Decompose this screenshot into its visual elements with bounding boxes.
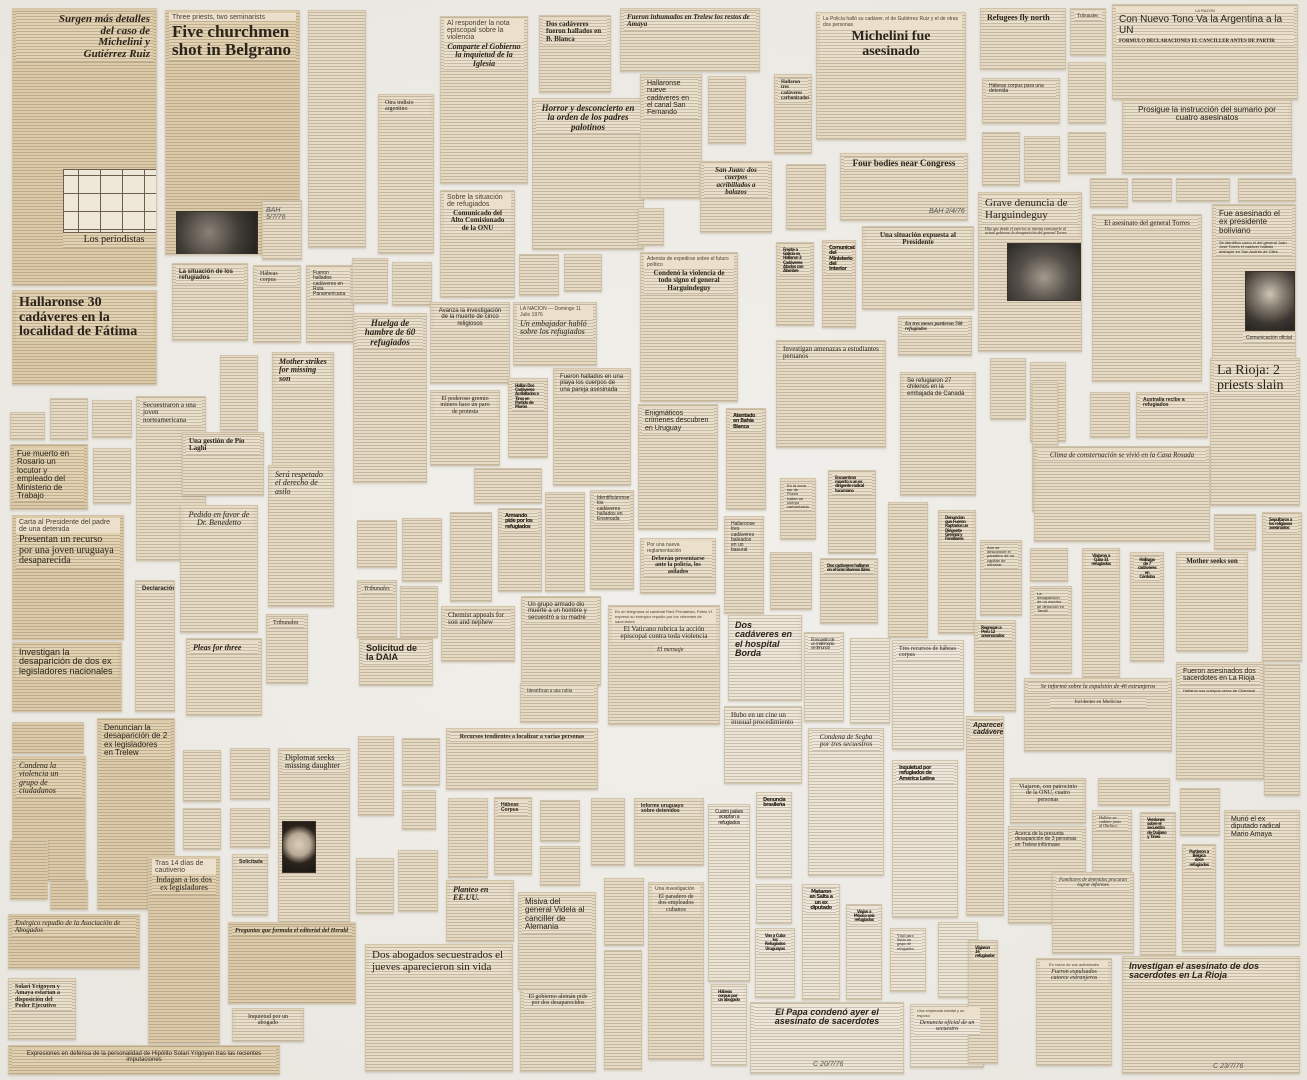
clipping-small <box>92 400 132 438</box>
headline: Viajaron 16 refugiados <box>972 944 994 961</box>
clipping-cuba-31: Viajaron a Cuba 31 refugiados <box>1082 548 1120 678</box>
clipping-small <box>50 398 88 440</box>
clipping-small <box>756 884 792 924</box>
headline: Partieron a Bélgica doce refugiados <box>1186 848 1212 869</box>
clipping-small <box>982 132 1020 186</box>
headline: Hallóse un cadáver junto al Obelisco <box>1096 814 1128 831</box>
clipping-small <box>604 878 644 946</box>
clipping-small <box>708 76 746 144</box>
kicker: Tras 14 días de cautiverio <box>152 859 216 875</box>
headline: Investigan la desaparición de dos ex leg… <box>16 646 118 678</box>
headline: Denuncia brasileña <box>760 796 788 811</box>
headline: El paradero de dos empleados cubanos <box>652 892 700 915</box>
headline: Armando pide por los refugiados <box>502 512 538 532</box>
headline: Será respetado el derecho de asilo <box>272 469 330 498</box>
headline: Identifican a una rubia <box>524 687 594 696</box>
headline: Indagan a los dos ex legisladores <box>152 874 216 895</box>
clipping-aparecen-cadaveres: Aparecen cadáveres <box>966 716 1004 916</box>
clipping-herald-editorial: Preguntas que formula el editorial del H… <box>228 922 356 1004</box>
headline: Inquietud por un abogado <box>236 1012 300 1029</box>
clipping-small <box>1238 178 1296 202</box>
headline: Preguntas que formula el editorial del H… <box>232 926 352 936</box>
clipping-habeas-abogado: Hábeas corpus por un abogado <box>711 984 747 1066</box>
clipping-small <box>1132 178 1172 202</box>
clipping-michelini: La Policía halló su cadáver, el de Gutié… <box>816 12 966 140</box>
headline: Encuentran muerto a un ex dirigente radi… <box>832 474 872 495</box>
headline: El Papa condenó ayer el asesinato de sac… <box>754 1006 900 1029</box>
headline: Tres recursos de hábeas corpus <box>896 644 960 661</box>
headline: Una situación expuesta al Presidente <box>866 230 970 249</box>
headline: Hallaronse 30 cadáveres en la localidad … <box>16 294 153 342</box>
kicker: La Policía halló su cadáver, el de Gutié… <box>820 15 962 29</box>
clipping-tandil: La desaparición de un escritor se denunc… <box>1030 586 1072 674</box>
clipping-small <box>230 748 270 800</box>
clipping-small <box>357 520 397 568</box>
clipping-small <box>448 798 488 878</box>
clipping-chemist: Chemist appeals for son and nephew <box>441 606 515 662</box>
headline: Misiva del general Videla al canciller d… <box>522 896 592 934</box>
clipping-ruta-panamericana: Fueron hallados cadáveres en Ruta Paname… <box>306 265 354 343</box>
kicker: Sobre la situación de refugiados <box>444 193 511 209</box>
clipping-bblanca: Dos cadáveres fueron hallados en B. Blan… <box>539 15 611 93</box>
headline: Condena de Segba por tres secuestros <box>812 732 880 751</box>
headline: Cuatro países aceptan a refugiados <box>712 808 746 828</box>
headline: Michelini fue asesinado <box>820 28 962 61</box>
headline: Viajaron, con patrocinio de la ONU, cuat… <box>1014 782 1082 805</box>
clipping-huelga: Huelga de hambre de 60 refugiados <box>353 313 427 483</box>
headline: Prosigue la instrucción del sumario por … <box>1126 104 1288 125</box>
headline: Viajó para Suiza un grupo de refugiados <box>894 932 922 953</box>
clipping-tribunales-1: Tribunales <box>266 614 308 684</box>
clipping-cinco-religiosos: Avanza la investigación de la muerte de … <box>430 302 510 384</box>
clipping-general-torres: El asesinato del general Torres <box>1092 214 1202 382</box>
clipping-rosario: Fue muerto en Rosario un locutor y emple… <box>10 444 88 510</box>
headline: Hábeas corpus para una detenida <box>986 82 1056 97</box>
clipping-salta: Mataron en Salta a un ex diputado <box>802 884 840 1000</box>
clipping-small <box>358 736 394 816</box>
headline: Comunicado del Ministerio del Interior <box>826 244 852 274</box>
kicker: Además de expedirse sobre el futuro polí… <box>644 255 734 269</box>
clipping-four-bodies: Four bodies near Congress BAH 2/4/76 <box>840 153 968 221</box>
headline: Fueron asesinados dos sacerdotes en La R… <box>1180 666 1260 685</box>
clipping-small <box>474 468 542 504</box>
clipping-indagan: Tras 14 días de cautiverio Indagan a los… <box>148 856 220 1044</box>
clipping-small <box>10 840 48 900</box>
headline: El poderoso gremio minero hace un paro d… <box>434 394 496 417</box>
headline: Mother strikes for missing son <box>276 356 330 385</box>
clipping-small <box>402 790 436 830</box>
headline: Hallaron tres cadáveres carbonizados <box>778 78 808 103</box>
clipping-small <box>540 800 580 842</box>
headline: Fueron hallados en una playa los cuerpos… <box>557 372 627 395</box>
subhead: Se identificó como el del general Juan J… <box>1216 239 1292 256</box>
headline: Regresan a Perú 12 amenazados <box>978 624 1012 641</box>
clipping-small <box>183 750 221 802</box>
headline: Hábeas Corpus <box>498 801 528 816</box>
clipping-gremial: Denuncian que Fueron Raptados un Dirigen… <box>938 510 976 634</box>
clipping-small <box>545 492 585 592</box>
headline: Fue asesinado el ex presidente boliviano <box>1216 208 1292 237</box>
clipping-benedetto: Pedido en favor de Dr. Benedetto <box>180 505 258 633</box>
headline: Van a Cuba los Refugiados Uruguayos <box>759 932 791 953</box>
headline: Viajaron a Cuba 31 refugiados <box>1086 552 1116 569</box>
headline: Deberán presentarse ante la policía, los… <box>644 554 712 577</box>
clipping-ex-legisladores: Investigan la desaparición de dos ex leg… <box>12 642 122 712</box>
clipping-small <box>402 738 440 786</box>
headline: Tribunales <box>361 584 393 594</box>
headline: Enigmáticos crímenes descubren en Urugua… <box>642 408 714 434</box>
clipping-small <box>850 638 890 724</box>
headline: En la zona sur de Flores hallan un cuerp… <box>784 482 812 511</box>
headline: Con Nuevo Tono Va la Argentina a la UN <box>1116 13 1294 38</box>
headline: Presentan un recurso por una joven urugu… <box>16 533 120 569</box>
clipping-small <box>770 552 812 610</box>
headline: Hallan Dos Cadáveres Acribillados a Tiro… <box>512 382 544 411</box>
headline: Sepultaron a los religiosos asesinados <box>1266 516 1298 533</box>
clipping-grave-denuncia: Grave denuncia de Harguindeguy Dijo que … <box>978 192 1082 352</box>
clipping-palotinos: Horror y desconcierto en la orden de los… <box>532 98 644 250</box>
clipping-abogados-repudio: Enérgico repudio de la Asociación de Abo… <box>8 914 140 969</box>
headline: Chemist appeals for son and nephew <box>445 610 511 629</box>
kicker: En un telegrama al cardenal Raúl Primate… <box>612 608 716 625</box>
clipping-carbonizados: Hallaron tres cadáveres carbonizados <box>774 74 812 154</box>
clipping-expulsion-46: Se informó sobre la expulsión de 46 extr… <box>1024 678 1172 752</box>
clipping-habeas-corpus: Hábeas corpus <box>253 265 301 343</box>
clipping-asilo: Será respetado el derecho de asilo <box>268 465 334 607</box>
headline: El Vaticano rubrica la acción episcopal … <box>612 624 716 643</box>
clipping-sepultaron: Sepultaron a los religiosos asesinados <box>1262 512 1302 662</box>
kicker: LA NACION — Domingo 11 Julio 1976 <box>517 305 593 319</box>
headline: Dos cadáveres en el hospital Borda <box>732 619 798 661</box>
headline: Diplomat seeks missing daughter <box>282 752 346 773</box>
clipping-harguindeguy-violencia: Además de expedirse sobre el futuro polí… <box>640 252 738 402</box>
subhead: FORMULO DECLARACIONES EL CANCILLER ANTES… <box>1116 37 1294 46</box>
clipping-san-juan: San Juan: dos cuerpos acribillados a bal… <box>700 161 772 233</box>
headline: Fueron inhumados en Trelew los restos de… <box>624 12 756 31</box>
clipping-cuba-uruguayos: Van a Cuba los Refugiados Uruguayos <box>755 928 795 998</box>
headline: Fue muerto en Rosario un locutor y emple… <box>14 448 84 502</box>
headline: Investigan el asesinato de dos sacerdote… <box>1126 960 1296 983</box>
subhead: Hallaron sus cuerpos cerca de Chamical <box>1180 687 1260 695</box>
clipping-small <box>450 512 492 602</box>
headline: Solicitada <box>236 858 264 867</box>
headline: Fueron expulsados catorce extranjeros <box>1040 967 1108 984</box>
headline: Atentado en Bahía Blanca <box>730 412 762 432</box>
clipping-uruguayo-informe: Informe uruguayo sobre detenidos <box>634 798 704 866</box>
kicker: Al responder la nota episcopal sobre la … <box>444 19 524 42</box>
headline: San Juan: dos cuerpos acribillados a bal… <box>704 165 768 198</box>
clipping-mother-seeks-son: Mother seeks son <box>1176 552 1248 652</box>
clipping-peru-12: Regresan a Perú 12 amenazados <box>974 620 1016 712</box>
clipping-embajador: LA NACION — Domingo 11 Julio 1976 Un emb… <box>513 302 597 366</box>
clipping-small <box>220 355 258 431</box>
clipping-small <box>1068 62 1106 124</box>
clipping-moron: Hallan Dos Cadáveres Acribillados a Tiro… <box>508 378 548 458</box>
headline: Denuncia oficial de un secuestro <box>914 1018 980 1035</box>
clipping-small <box>1264 664 1300 796</box>
headline: Five churchmen shot in Belgrano <box>169 21 296 61</box>
headline: La Rioja: 2 priests slain <box>1214 362 1296 395</box>
clipping-varias-personas: Recursos tendientes a localizar a varias… <box>446 728 598 790</box>
clipping-armando: Armando pide por los refugiados <box>498 508 542 592</box>
headline: Un grupo armado dio muerte a un hombre y… <box>525 600 597 623</box>
headline: Investigan amenazas a estudiantes peruan… <box>780 344 882 363</box>
clipping-brasilena: Denuncia brasileña <box>756 792 792 878</box>
clipping-flores: En la zona sur de Flores hallan un cuerp… <box>780 478 816 540</box>
clipping-small <box>402 518 442 582</box>
headline: Un embajador habló sobre los refugiados <box>517 318 593 339</box>
clipping-pareja-playa: Fueron hallados en una playa los cuerpos… <box>553 368 631 486</box>
photo-torres-portrait <box>1245 271 1295 331</box>
clipping-small <box>400 586 438 638</box>
clipping-daia: Solicitud de la DAIA <box>359 638 433 686</box>
headline: Horror y desconcierto en la orden de los… <box>536 102 640 134</box>
clipping-papa: El Papa condenó ayer el asesinato de sac… <box>750 1002 904 1074</box>
clipping-small <box>12 722 84 754</box>
clipping-investigan-rioja: Investigan el asesinato de dos sacerdote… <box>1122 956 1300 1074</box>
clipping-small <box>1098 778 1170 806</box>
headline: Mataron en Salta a un ex diputado <box>806 888 836 913</box>
clipping-amaya-trelew: Fueron inhumados en Trelew los restos de… <box>620 8 760 72</box>
clipping-solicitada: Solicitada <box>232 854 268 916</box>
clipping-matrimonio: El secuestro de un matrimonio se denunci… <box>804 632 844 722</box>
clipping-fatima: Hallaronse 30 cadáveres en la localidad … <box>12 290 157 385</box>
clipping-small <box>1024 136 1060 182</box>
clipping-small <box>1180 788 1220 836</box>
subhead: Incidentes en Medicina <box>1050 698 1146 707</box>
clipping-small <box>230 808 270 848</box>
clipping-text <box>308 10 366 248</box>
clipping-planteo: Planteo en EE.UU. <box>446 880 514 942</box>
headline: Hallaronse nueve cadáveres en el canal S… <box>644 78 698 119</box>
clipping-768-refugiados: En tres meses partieron 768 refugiados <box>898 316 972 356</box>
clipping-small <box>50 880 88 910</box>
headline: Inquietud por refugiados de América Lati… <box>896 764 954 784</box>
headline: La desaparición de un escritor se denunc… <box>1034 590 1068 615</box>
headline: Versiones sobre el secuestro de Quijano … <box>1144 816 1172 841</box>
clipping-small <box>1090 178 1128 208</box>
kicker: Por una nueva reglamentación <box>644 541 712 555</box>
clipping-solari-amaya: Solari Yrigoyen y Amaya estarían a dispo… <box>8 978 76 1040</box>
clipping-pleas-for-three: Pleas for three <box>186 638 262 716</box>
headline: Acerca de la presunta desaparición de 3 … <box>1012 830 1082 850</box>
clipping-mexico: Viajan a México seis refugiados <box>846 904 882 1000</box>
clipping-tribunales-3: Tribunales <box>1070 8 1106 56</box>
clipping-habeas-corpus-2: Hábeas Corpus <box>494 797 532 875</box>
headline: Fueron hallados cadáveres en Ruta Paname… <box>310 269 350 299</box>
headline: El asesinato del general Torres <box>1096 218 1198 229</box>
headline: Frente a Galicia se Hallaron 3 Cadáveres… <box>780 246 810 275</box>
headline: Refugees fly north <box>984 12 1062 24</box>
clipping-tucumano: Encuentran muerto a un ex dirigente radi… <box>828 470 876 554</box>
clipping-segba: Condena de Segba por tres secuestros <box>808 728 884 876</box>
clipping-small <box>1030 548 1068 582</box>
clipping-videla-alemania: Misiva del general Videla al canciller d… <box>518 892 596 990</box>
clipping-casa-rosada: Clima de consternación se vivió en la Ca… <box>1034 446 1210 542</box>
clipping-basural: Hallaronse tres cadáveres baleados en un… <box>724 516 764 614</box>
collage-board: Surgen más detalles del caso de Michelin… <box>0 0 1307 1080</box>
clipping-small <box>888 502 928 638</box>
headline: Grave denuncia de Harguindeguy <box>982 196 1078 223</box>
clipping-presidente: Una situación expuesta al Presidente <box>862 226 974 310</box>
clipping-capitan: Aún se desconoce el paradero de un capit… <box>980 540 1022 616</box>
clipping-chilenos: Se refugiaron 27 chilenos en la embajada… <box>900 372 976 496</box>
clipping-enigmaticos: Enigmáticos crímenes descubren en Urugua… <box>638 404 718 530</box>
headline: Condenó la violencia de todo signo el ge… <box>644 268 734 294</box>
clipping-habeas-tres: Tres recursos de hábeas corpus <box>892 640 964 750</box>
clipping-inquietud-refugiados: Inquietud por refugiados de América Lati… <box>892 760 958 918</box>
caption: Comunicación oficial <box>1243 334 1295 343</box>
clipping-ensenada: Identificáronse los cadáveres hallados e… <box>590 490 634 590</box>
headline: Condena la violencia un grupo de ciudada… <box>16 760 82 798</box>
headline: Dos abogados secuestrados el jueves apar… <box>369 948 509 975</box>
clipping-small <box>564 254 602 292</box>
clipping-grupo-armado: Un grupo armado dio muerte a un hombre y… <box>521 596 601 686</box>
headline: Enérgico repudio de la Asociación de Abo… <box>12 918 136 937</box>
headline: Declaración <box>139 584 171 594</box>
clipping-small <box>1068 132 1106 174</box>
headline: Huelga de hambre de 60 refugiados <box>357 317 423 349</box>
clipping-pio-laghi: Una gestión de Pío Laghi <box>182 432 264 496</box>
clipping-rubia: Identifican a una rubia <box>520 683 598 723</box>
clipping-familiares: Familiares de detenidos procuran lograr … <box>1052 872 1134 954</box>
clipping-ministerio: Comunicado del Ministerio del Interior <box>822 240 856 328</box>
clipping-belgica: Partieron a Bélgica doce refugiados <box>1182 844 1216 952</box>
clipping-small <box>990 358 1026 420</box>
headline: Tribunales <box>1074 12 1102 21</box>
clipping-small <box>786 164 826 230</box>
clipping-la-rioja-priests: La Rioja: 2 priests slain <box>1210 358 1300 506</box>
clipping-habeas-detenida: Hábeas corpus para una detenida <box>982 78 1060 124</box>
photo-meeting <box>1007 243 1081 301</box>
headline: Otra indisio argentino <box>382 98 430 115</box>
clipping-iglesia: Al responder la nota episcopal sobre la … <box>440 16 528 184</box>
clipping-suiza: Viajó para Suiza un grupo de refugiados <box>890 928 926 992</box>
clipping-bahia-blanca: Atentado en Bahía Blanca <box>726 408 766 510</box>
headline: Dos cadáveres fueron hallados en B. Blan… <box>543 19 607 45</box>
clipping-obelisco: Hallóse un cadáver junto al Obelisco <box>1092 810 1132 872</box>
headline: Avanza la investigación de la muerte de … <box>434 306 506 329</box>
headline: Pleas for three <box>190 642 258 654</box>
headline: Pedido en favor de Dr. Benedetto <box>184 509 254 530</box>
clipping-michelini-details: Surgen más detalles del caso de Michelin… <box>12 8 157 286</box>
clipping-small <box>1176 178 1230 202</box>
headline: Mother seeks son <box>1180 556 1244 567</box>
headline: Informe uruguayo sobre detenidos <box>638 802 700 817</box>
clipping-five-churchmen: Three priests, two seminarists Five chur… <box>165 10 300 255</box>
headline: Aún se desconoce el paradero de un capit… <box>984 544 1018 569</box>
headline: Hábeas corpus por un abogado <box>715 988 743 1005</box>
clipping-small <box>519 254 559 296</box>
clipping-onu-comisionado: Sobre la situación de refugiados Comunic… <box>440 190 515 298</box>
clipping-inquietud-abogado: Inquietud por un abogado <box>232 1008 304 1042</box>
clipping-small <box>591 798 625 866</box>
clipping-tribunales-2: Tribunales <box>357 580 397 638</box>
clipping-san-fernando: Hallaronse nueve cadáveres en el canal S… <box>640 74 702 199</box>
clipping-torres-boliviano: Fue asesinado el ex presidente boliviano… <box>1212 204 1296 360</box>
clipping-quijano-tineo: Versiones sobre el secuestro de Quijano … <box>1140 812 1176 956</box>
subhead: Los periodistas <box>63 233 157 248</box>
clipping-small <box>604 950 642 1070</box>
headline: En tres meses partieron 768 refugiados <box>902 320 968 335</box>
clipping-small <box>93 448 131 504</box>
clipping-diplomat: Diplomat seeks missing daughter <box>278 748 350 923</box>
clipping-aleman-pide: El gobierno alemán pide por dos desapare… <box>520 988 596 1072</box>
clipping-small <box>1214 514 1256 550</box>
clipping-cordoba: Hallazgo de 7 cadáveres en Córdoba <box>1130 552 1164 662</box>
headline: Murió el ex diputado radical Mario Amaya <box>1228 814 1296 840</box>
clipping-refugees-fly-north: Refugees fly north <box>980 8 1066 70</box>
headline: Tribunales <box>270 618 304 628</box>
headline: La situación de los refugiados <box>176 267 244 284</box>
clipping-solari-defensa: Expresiones en defensa de la personalida… <box>8 1045 280 1075</box>
clipping-small <box>183 808 221 850</box>
headline: Solari Yrigoyen y Amaya estarían a dispo… <box>12 982 72 1011</box>
clipping-small <box>10 412 45 440</box>
clipping-otra-indisio: Otra indisio argentino <box>378 94 434 254</box>
headline: Surgen más detalles del caso de Michelin… <box>16 12 153 62</box>
headline: Four bodies near Congress <box>844 157 964 170</box>
clipping-catorce-extranjeros: En razón de sus actividades Fueron expul… <box>1036 958 1112 1066</box>
subhead: El mensaje <box>654 645 716 655</box>
clipping-small <box>398 850 438 912</box>
headline: El secuestro de un matrimonio se denunci… <box>808 636 840 653</box>
subhead: Dijo que desde el exterior se intenta en… <box>982 225 1078 237</box>
headline: Hubo en un cine un inusual procedimiento <box>728 710 798 729</box>
headline: Comparte el Gobierno la inquietud de la … <box>444 41 524 70</box>
clipping-small <box>392 262 432 306</box>
headline: Hallazgo de 7 cadáveres en Córdoba <box>1134 556 1160 581</box>
headline: Solicitud de la DAIA <box>363 642 429 665</box>
headline: Australia recibe a refugiados <box>1140 396 1204 411</box>
headline: Familiares de detenidos procuran lograr … <box>1056 876 1130 891</box>
clipping-cubanos: Una investigación El paradero de dos emp… <box>648 882 704 1060</box>
clipping-mother-strikes: Mother strikes for missing son <box>272 352 334 470</box>
headline: Denuncian que Fueron Raptados un Dirigen… <box>942 514 972 543</box>
headline: Planteo en EE.UU. <box>450 884 510 905</box>
photo-funeral <box>176 211 258 255</box>
clipping-gremio-minero: El poderoso gremio minero hace un paro d… <box>430 390 500 466</box>
clipping-small <box>356 858 394 914</box>
clipping-mario-amaya: Murió el ex diputado radical Mario Amaya <box>1224 810 1300 946</box>
clipping-small <box>352 258 388 304</box>
clipping-peruanos: Investigan amenazas a estudiantes peruan… <box>776 340 886 448</box>
clipping-rioja-sacerdotes: Fueron asesinados dos sacerdotes en La R… <box>1176 662 1264 780</box>
headline: Comunicado del Alto Comisionado de la ON… <box>444 208 511 234</box>
clipping-small <box>540 846 580 886</box>
headline: Denuncian la desaparición de 2 ex legisl… <box>101 722 171 760</box>
clipping-uruguaya: Carta al Presidente del padre de una det… <box>12 515 124 640</box>
clipping-onu-cuatro: Viajaron, con patrocinio de la ONU, cuat… <box>1010 778 1086 824</box>
headline: Aparecen cadáveres <box>970 720 1000 739</box>
headline: Hábeas corpus <box>257 269 297 286</box>
headline: Expresiones en defensa de la personalida… <box>12 1049 276 1066</box>
clipping-cuatro-paises: Cuatro países aceptan a refugiados <box>708 804 750 982</box>
photo-woman-portrait <box>282 821 316 873</box>
headline: Recursos tendientes a localizar a varias… <box>450 732 594 742</box>
clipping-refugiados-situacion: La situación de los refugiados <box>172 263 248 341</box>
headline: Secuestraron a una joven norteamericana <box>140 400 202 426</box>
kicker: Carta al Presidente del padre de una det… <box>16 518 120 534</box>
headline: Clima de consternación se vivió en la Ca… <box>1038 450 1206 461</box>
headline: El gobierno alemán pide por dos desapare… <box>524 992 592 1009</box>
clipping-viajaron-16: Viajaron 16 refugiados <box>968 940 998 1064</box>
clipping-hospital-borda: Dos cadáveres en el hospital Borda <box>728 615 802 701</box>
headline: Una gestión de Pío Laghi <box>186 436 260 455</box>
clipping-cine: Hubo en un cine un inusual procedimiento <box>724 706 802 784</box>
headline: Identificáronse los cadáveres hallados e… <box>594 494 630 524</box>
clipping-cuatro-asesinatos: Prosigue la instrucción del sumario por … <box>1122 100 1292 174</box>
